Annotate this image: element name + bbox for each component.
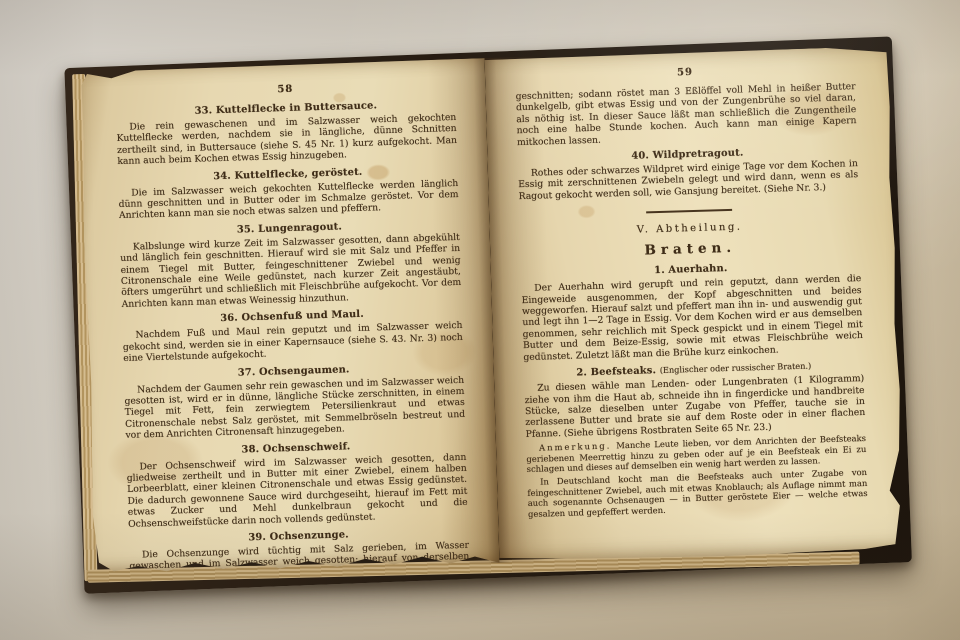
left-page-content: 58 33. Kuttelflecke in Buttersauce. Die … — [79, 58, 500, 575]
part-label: V. Abtheilung. — [520, 218, 860, 239]
section-divider — [646, 209, 732, 214]
right-page: 59 geschnitten; sodann röstet man 3 Eßlö… — [485, 46, 906, 563]
continuation-paragraph: geschnitten; sodann röstet man 3 Eßlöffe… — [516, 81, 858, 148]
page-number-left: 58 — [115, 79, 455, 100]
recipe-body: Nachdem der Gaumen sehr rein gewaschen u… — [124, 374, 466, 441]
open-book: 58 33. Kuttelflecke in Buttersauce. Die … — [79, 46, 906, 575]
left-page: 58 33. Kuttelflecke in Buttersauce. Die … — [79, 58, 500, 575]
page-number-right: 59 — [515, 62, 855, 83]
recipe-body: Der Ochsenschweif wird im Salzwasser wei… — [126, 451, 468, 529]
recipe-body: Zu diesen wähle man Lenden- oder Lungenb… — [524, 373, 866, 440]
part-title: Braten. — [520, 236, 860, 262]
page-spread: 58 33. Kuttelflecke in Buttersauce. Die … — [79, 46, 906, 575]
recipe-heading-sub: (Englischer oder russischer Braten.) — [660, 361, 812, 375]
recipe-body: Die im Salzwasser weich gekochten Kuttel… — [118, 178, 459, 222]
right-page-content: 59 geschnitten; sodann röstet man 3 Eßlö… — [485, 46, 906, 563]
recipe-body: Rothes oder schwarzes Wildpret wird eini… — [518, 158, 859, 202]
photo-scene: 58 33. Kuttelflecke in Buttersauce. Die … — [0, 0, 960, 640]
recipe-body: Der Auerhahn wird gerupft und rein geput… — [521, 273, 863, 363]
recipe-body: Die rein gewaschenen und im Salzwasser w… — [116, 112, 457, 168]
note-paragraph: In Deutschland kocht man die Beefsteaks … — [527, 467, 868, 519]
recipe-body: Nachdem Fuß und Maul rein geputzt und im… — [122, 320, 463, 364]
recipe-body: Kalbslunge wird kurze Zeit im Salzwasser… — [120, 232, 462, 310]
recipe-heading-main: 2. Beefsteaks. — [576, 365, 656, 378]
